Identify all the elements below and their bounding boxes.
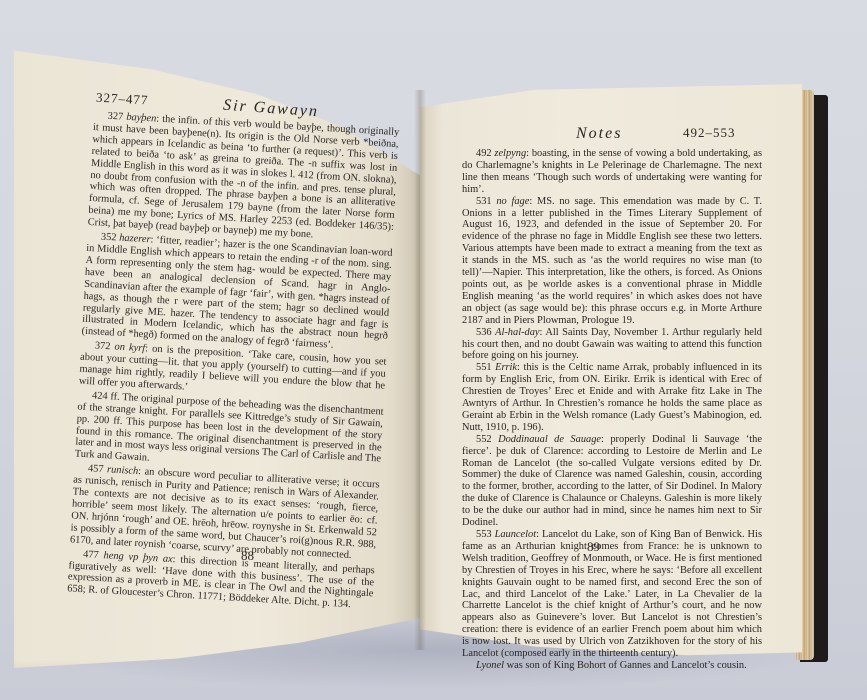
note: 492 zelpyng: boasting, in the sense of v… [462,148,762,196]
left-page-range: 327–477 [96,90,149,108]
note: 531 no fage: MS. no sage. This emendatio… [462,196,762,327]
note: 352 hazerer: ‘fitter, readier’; hazer is… [81,231,393,355]
note: 327 bayþen: the infin. of this verb woul… [87,110,399,246]
note: 551 Errik: this is the Celtic name Arrak… [462,362,762,433]
note: 552 Doddinaual de Sauage: properly Dodin… [462,434,762,529]
note: 536 Al-hal-day: All Saints Day, November… [462,327,762,363]
right-running-title: Notes [576,125,622,143]
left-page-number: 88 [241,548,254,564]
left-page-notes: 327 bayþen: the infin. of this verb woul… [67,110,400,613]
right-page-notes: 492 zelpyng: boasting, in the sense of v… [462,148,762,672]
note: 457 runisch: an obscure word peculiar to… [70,463,380,563]
section-title: Notes [576,125,622,142]
left-running-head: 327–477 [96,90,149,110]
note: 553 Launcelot: Lancelot du Lake, son of … [462,529,762,660]
book-gutter [414,90,426,650]
right-page-number: 89 [587,539,600,555]
right-page-range: 492–553 [683,125,736,140]
right-running-head: 492–553 [683,125,736,142]
note: Lyonel was son of King Bohort of Gannes … [462,660,762,672]
